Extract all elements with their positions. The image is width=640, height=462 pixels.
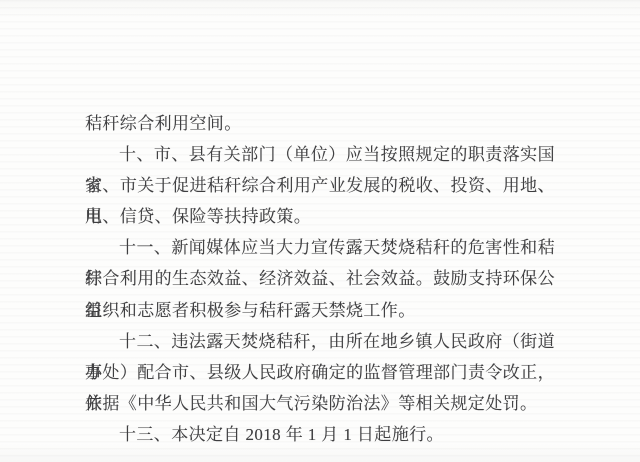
text-line: 十二、违法露天焚烧秸秆，由所在地乡镇人民政府（街道办 <box>85 326 555 357</box>
text-line: 依据《中华人民共和国大气污染防治法》等相关规定处罚。 <box>85 388 555 419</box>
text-line: 十三、本决定自 2018 年 1 月 1 日起施行。 <box>85 419 555 450</box>
text-line: 组织和志愿者积极参与秸秆露天禁烧工作。 <box>85 295 555 326</box>
text-line: 十、市、县有关部门（单位）应当按照规定的职责落实国家、 <box>85 139 555 170</box>
text-line: 电、信贷、保险等扶持政策。 <box>85 201 555 232</box>
text-line: 综合利用的生态效益、经济效益、社会效益。鼓励支持环保公益 <box>85 263 555 294</box>
text-line: 省、市关于促进秸秆综合利用产业发展的税收、投资、用地、用 <box>85 170 555 201</box>
document-page: 秸秆综合利用空间。十、市、县有关部门（单位）应当按照规定的职责落实国家、省、市关… <box>0 0 640 462</box>
text-line: 十一、新闻媒体应当大力宣传露天焚烧秸秆的危害性和秸秆 <box>85 232 555 263</box>
document-root: { "page": { "background_color": "#fdfdfc… <box>0 0 640 462</box>
document-text-block: 秸秆综合利用空间。十、市、县有关部门（单位）应当按照规定的职责落实国家、省、市关… <box>85 108 555 450</box>
text-line: 事处）配合市、县级人民政府确定的监督管理部门责令改正，并 <box>85 357 555 388</box>
text-line: 秸秆综合利用空间。 <box>85 108 555 139</box>
